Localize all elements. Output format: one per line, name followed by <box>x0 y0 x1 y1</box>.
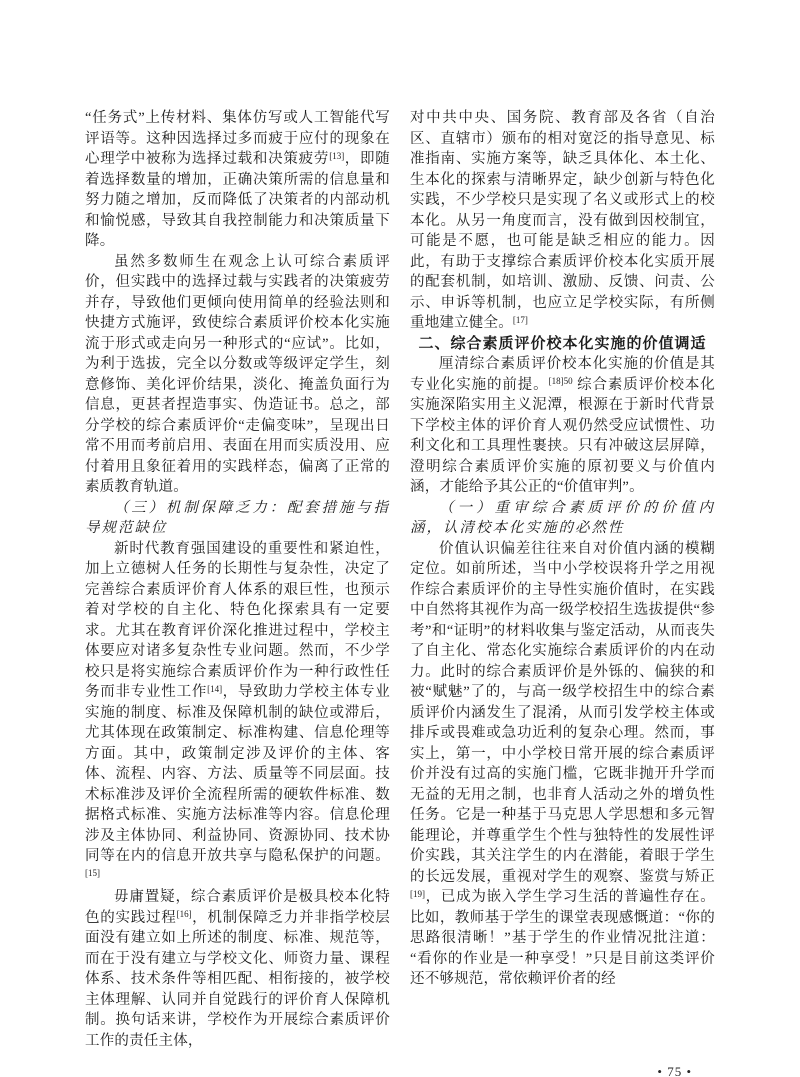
subsection-heading: （一）重审综合素质评价的价值内涵，认清校本化实施的必然性 <box>410 498 715 539</box>
paragraph: 毋庸置疑，综合素质评价是极具校本化特色的实践过程[16]，机制保障乏力并非指学校… <box>85 887 390 1051</box>
two-column-text-area: “任务式”上传材料、集体仿写或人工智能代写评语等。这种因选择过多而疲于应付的现象… <box>85 108 715 1051</box>
citation-superscript: [15] <box>85 868 100 878</box>
paragraph: “任务式”上传材料、集体仿写或人工智能代写评语等。这种因选择过多而疲于应付的现象… <box>85 108 390 252</box>
page-number: • 75 • <box>657 1064 692 1077</box>
citation-superscript: [19] <box>410 889 425 899</box>
page-footer: • 75 • <box>85 1064 715 1077</box>
citation-superscript: [14] <box>207 684 222 694</box>
citation-superscript: [18]50 <box>549 376 573 386</box>
journal-page: “任务式”上传材料、集体仿写或人工智能代写评语等。这种因选择过多而疲于应付的现象… <box>0 0 800 1077</box>
paragraph: 对中共中央、国务院、教育部及各省（自治区、直辖市）颁布的相对宽泛的指导意见、标准… <box>410 108 715 334</box>
paragraph: 虽然多数师生在观念上认可综合素质评价，但实践中的选择过载与实践者的决策疲劳并存，… <box>85 252 390 498</box>
paragraph: 价值认识偏差往往来自对价值内涵的模糊定位。如前所述，当中小学校误将升学之用视作综… <box>410 539 715 990</box>
citation-superscript: [17] <box>513 315 528 325</box>
paragraph: 新时代教育强国建设的重要性和紧迫性，加上立德树人任务的长期性与复杂性，决定了完善… <box>85 539 390 888</box>
citation-superscript: [16] <box>177 909 192 919</box>
section-heading: 二、综合素质评价校本化实施的价值调适 <box>410 334 715 355</box>
paragraph: 厘清综合素质评价校本化实施的价值是其专业化实施的前提。[18]50 综合素质评价… <box>410 354 715 498</box>
left-column: “任务式”上传材料、集体仿写或人工智能代写评语等。这种因选择过多而疲于应付的现象… <box>85 108 390 1051</box>
citation-superscript: [13] <box>329 151 344 161</box>
subsection-heading: （三）机制保障乏力：配套措施与指导规范缺位 <box>85 498 390 539</box>
right-column: 对中共中央、国务院、教育部及各省（自治区、直辖市）颁布的相对宽泛的指导意见、标准… <box>410 108 715 1051</box>
